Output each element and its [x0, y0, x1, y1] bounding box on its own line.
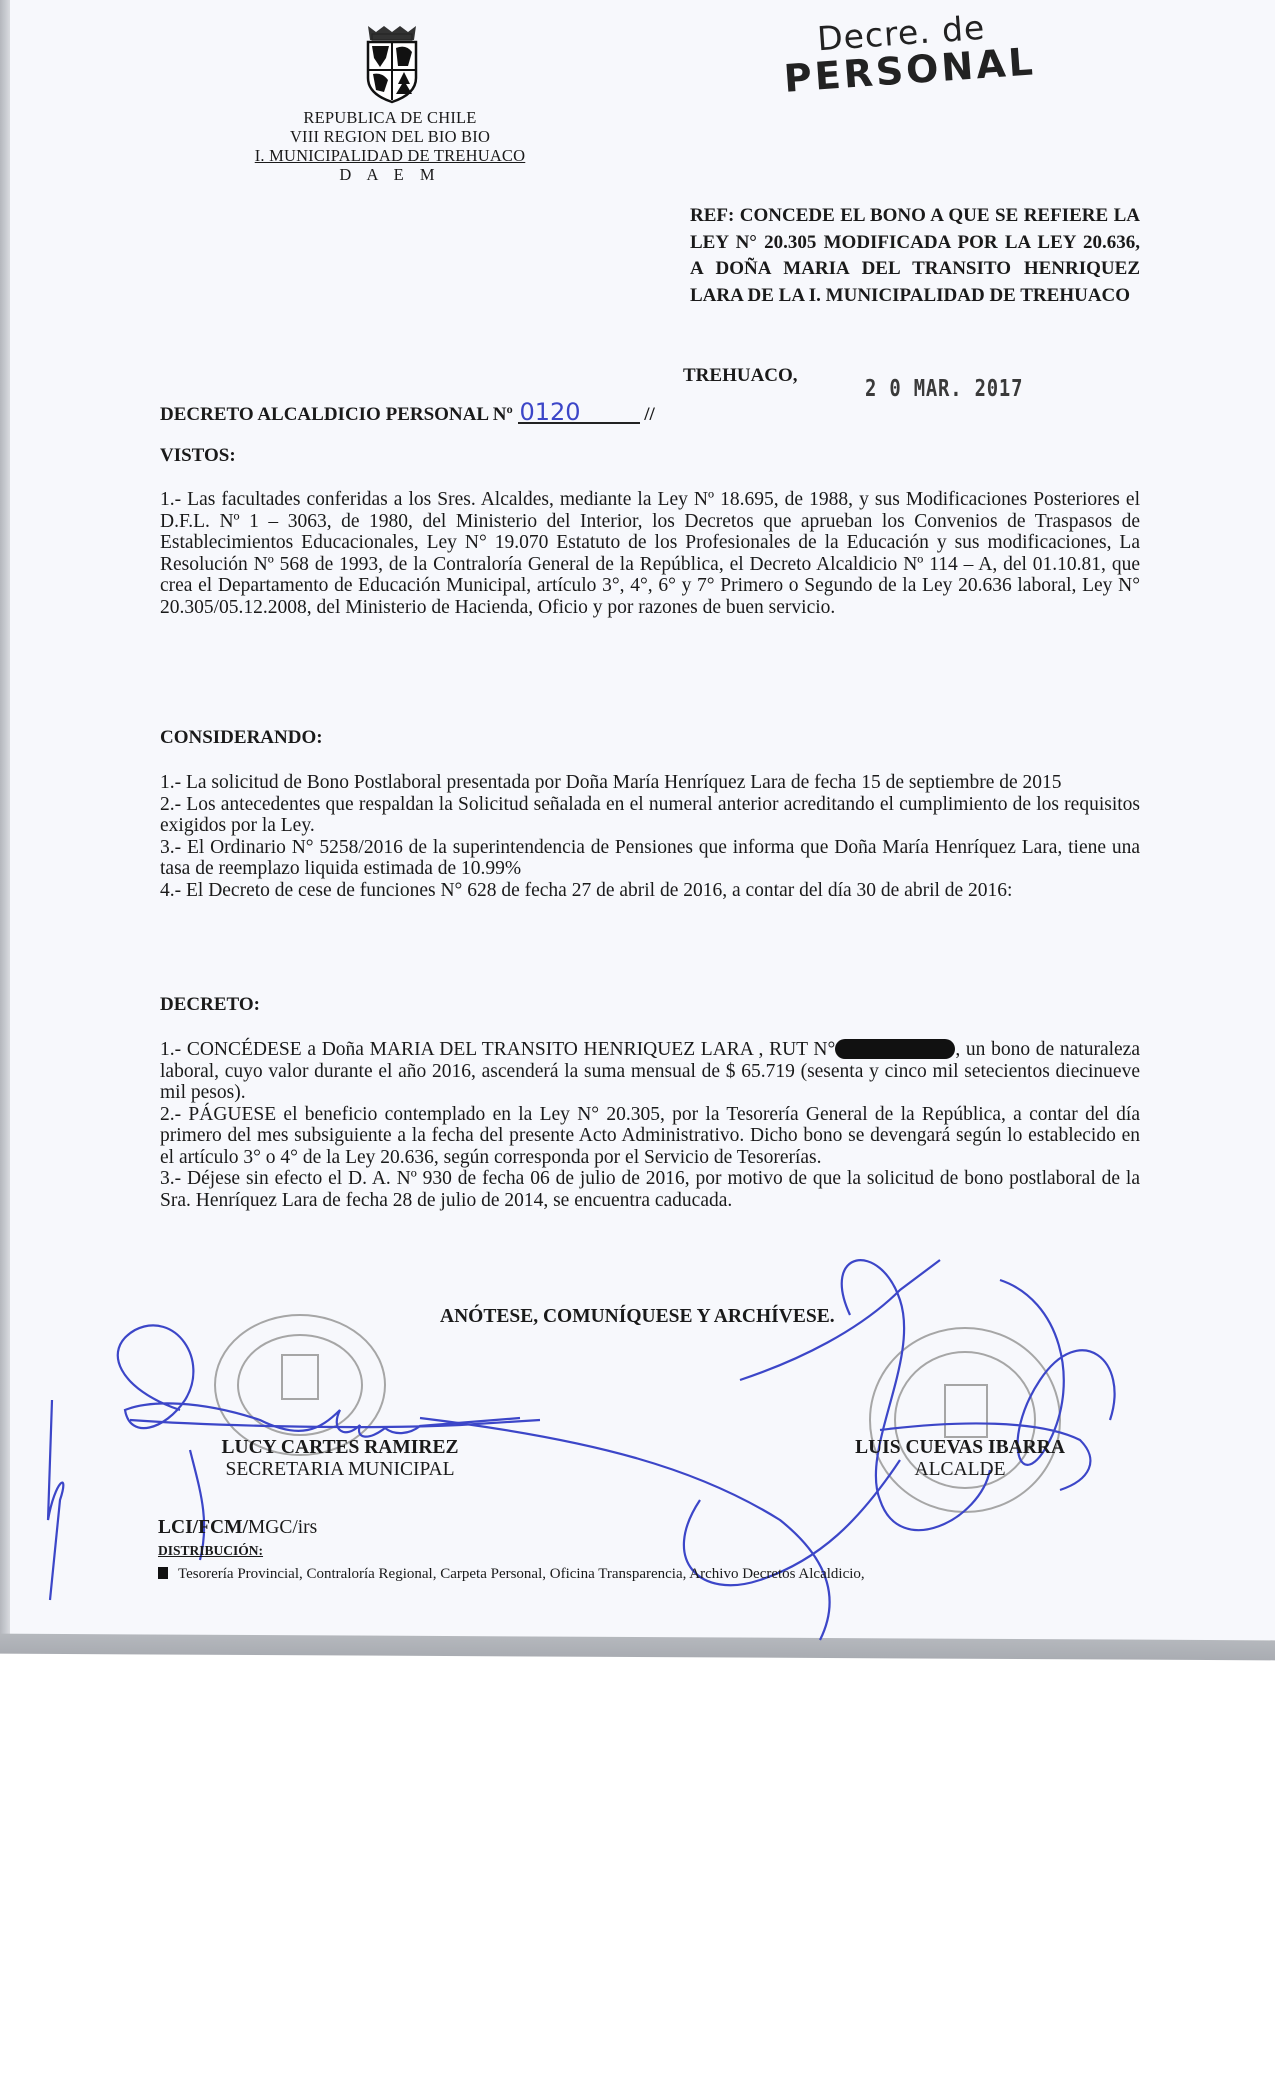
letterhead-region: VIII REGION DEL BIO BIO [220, 127, 560, 146]
considerando-item: 3.- El Ordinario N° 5258/2016 de la supe… [160, 837, 1140, 880]
considerando-heading: CONSIDERANDO: [160, 727, 323, 749]
distribution-text: Tesorería Provincial, Contraloría Region… [178, 1566, 865, 1582]
letterhead-country: REPUBLICA DE CHILE [220, 108, 560, 127]
letterhead-department: D A E M [220, 165, 560, 184]
decreto-item-1-start: 1.- CONCÉDESE a Doña MARIA DEL TRANSITO … [160, 1039, 835, 1060]
reference-block: REF: CONCEDE EL BONO A QUE SE REFIERE LA… [690, 203, 1140, 309]
redacted-rut [835, 1039, 955, 1059]
mayor-signature-block: LUIS CUEVAS IBARRA ALCALDE [830, 1437, 1090, 1481]
secretary-name: LUCY CARTES RAMIREZ [190, 1437, 490, 1459]
distribution-list: Tesorería Provincial, Contraloría Region… [158, 1566, 865, 1583]
closing-formula: ANÓTESE, COMUNÍQUESE Y ARCHÍVESE. [440, 1306, 835, 1328]
vistos-heading: VISTOS: [160, 445, 236, 467]
square-bullet-icon [158, 1567, 168, 1579]
decreto-item: 2.- PÁGUESE el beneficio contemplado en … [160, 1104, 1140, 1169]
place-label: TREHUACO, [683, 365, 798, 387]
secretary-signature-block: LUCY CARTES RAMIREZ SECRETARIA MUNICIPAL [190, 1437, 490, 1481]
considerando-item: 1.- La solicitud de Bono Postlaboral pre… [160, 772, 1140, 794]
considerando-item: 2.- Los antecedentes que respaldan la So… [160, 794, 1140, 837]
vistos-paragraph: 1.- Las facultades conferidas a los Sres… [160, 489, 1140, 618]
decree-number-label: DECRETO ALCALDICIO PERSONAL Nº [160, 404, 513, 425]
considerando-list: 1.- La solicitud de Bono Postlaboral pre… [160, 772, 1140, 901]
decree-number-line: DECRETO ALCALDICIO PERSONAL Nº 0120 // [160, 402, 655, 426]
letterhead-municipality: I. MUNICIPALIDAD DE TREHUACO [220, 146, 560, 165]
distribution-label: DISTRIBUCIÓN: [158, 1543, 263, 1559]
decreto-item: 1.- CONCÉDESE a Doña MARIA DEL TRANSITO … [160, 1039, 1140, 1104]
letterhead: REPUBLICA DE CHILE VIII REGION DEL BIO B… [220, 108, 560, 184]
mayor-name: LUIS CUEVAS IBARRA [830, 1437, 1090, 1459]
initials-bold: LCI/FCM/ [158, 1517, 248, 1538]
decree-number-suffix: // [644, 404, 655, 425]
date-stamp: 2 0 MAR. 2017 [865, 376, 1023, 402]
vistos-text: 1.- Las facultades conferidas a los Sres… [160, 489, 1140, 618]
decreto-item: 3.- Déjese sin efecto el D. A. Nº 930 de… [160, 1168, 1140, 1211]
decreto-list: 1.- CONCÉDESE a Doña MARIA DEL TRANSITO … [160, 1039, 1140, 1211]
municipal-coat-of-arms-icon [362, 22, 422, 104]
mayor-role: ALCALDE [830, 1459, 1090, 1481]
scan-edge-left [0, 0, 10, 1640]
decreto-heading: DECRETO: [160, 994, 260, 1016]
initials-normal: MGC/irs [248, 1517, 317, 1538]
secretary-role: SECRETARIA MUNICIPAL [190, 1459, 490, 1481]
handwritten-decree-number: 0120 [518, 402, 640, 424]
considerando-item: 4.- El Decreto de cese de funciones N° 6… [160, 880, 1140, 902]
reference-initials: LCI/FCM/MGC/irs [158, 1517, 317, 1539]
